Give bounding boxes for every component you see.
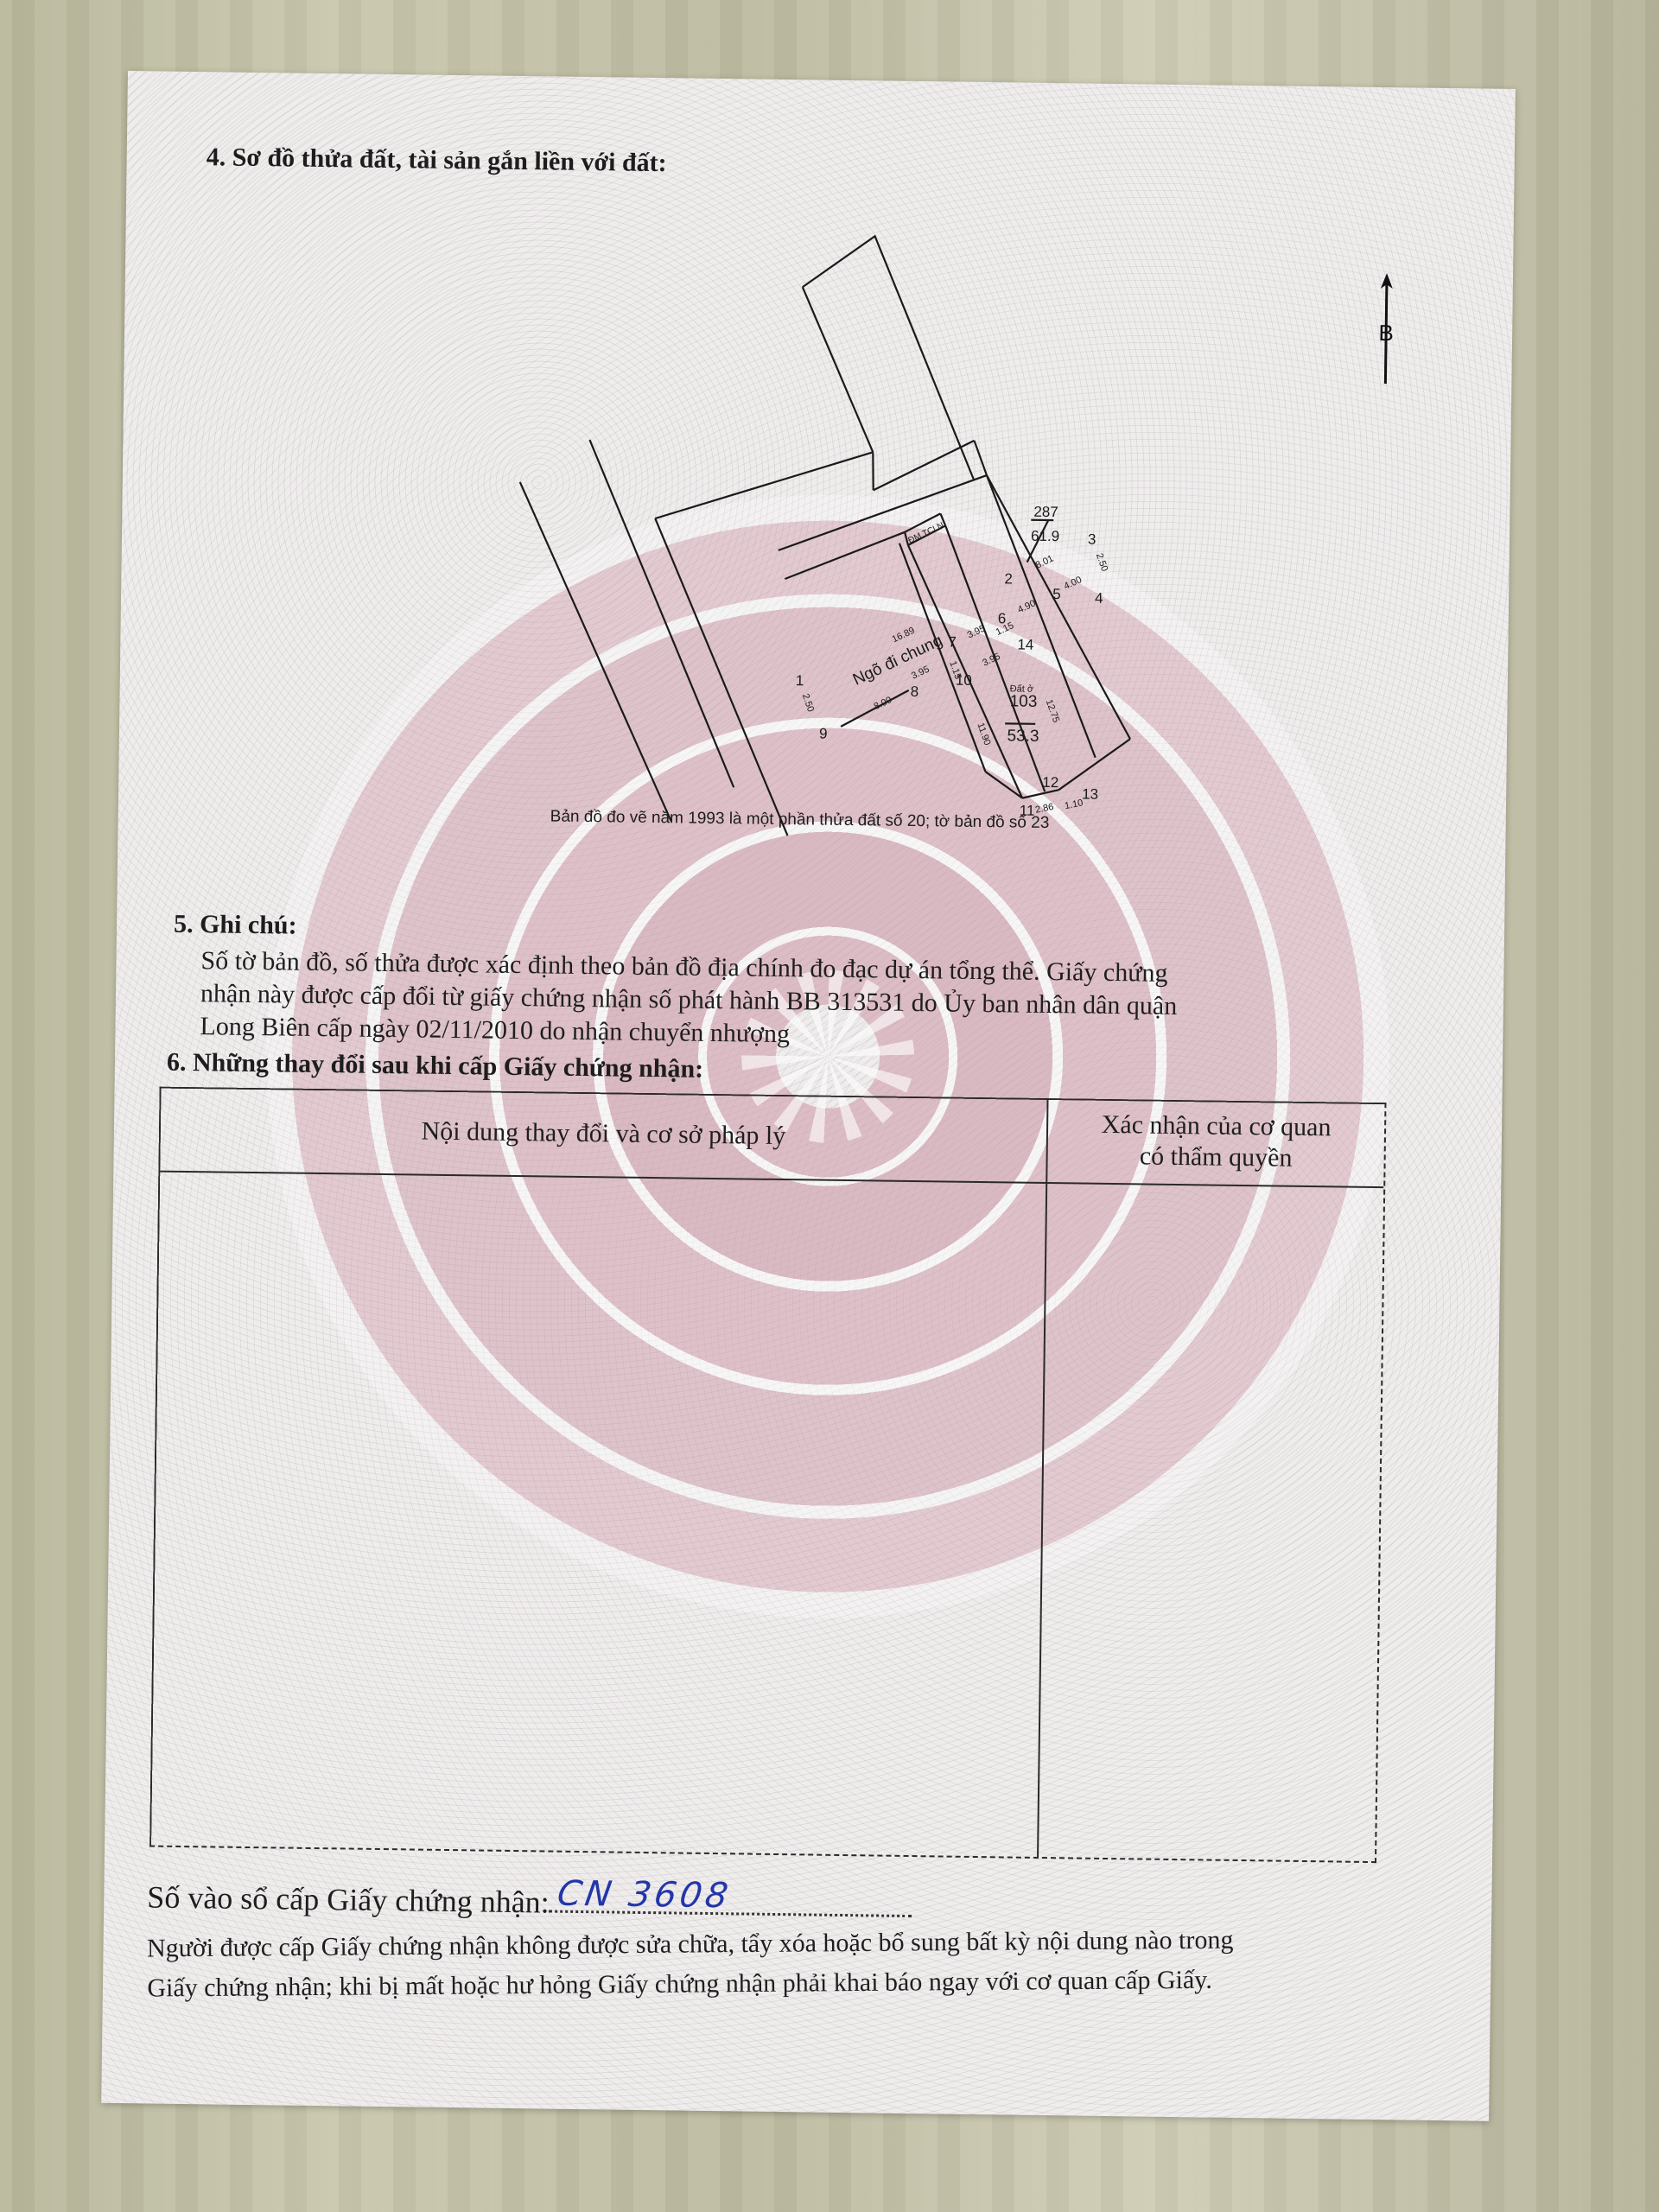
dim-1-2: 16.89 — [891, 626, 917, 645]
neighbor-parcel-number: 287 — [1033, 504, 1058, 520]
vertex-8: 8 — [911, 683, 919, 700]
vertex-1: 1 — [796, 672, 804, 689]
vertex-14: 14 — [1017, 637, 1033, 653]
column-header-confirmation: Xác nhận của cơ quan có thẩm quyền — [1047, 1109, 1384, 1175]
dim-7-8: 3.95 — [910, 664, 931, 682]
register-value-handwritten: CN 3608 — [555, 1874, 734, 1916]
vertex-3: 3 — [1088, 531, 1096, 548]
register-field: CN 3608 — [550, 1888, 912, 1917]
vertex-5: 5 — [1052, 586, 1061, 602]
warning-notice: Người được cấp Giấy chứng nhận không đượ… — [147, 1921, 1234, 2009]
section5-heading: 5. Ghi chú: — [174, 910, 297, 941]
land-type-label: Đất ở — [1010, 683, 1034, 694]
vertex-9: 9 — [819, 726, 828, 742]
dim-2-3: 8.01 — [1034, 554, 1055, 571]
parcel-number: 103 — [1010, 692, 1038, 710]
vertex-4: 4 — [1095, 590, 1103, 607]
vertex-13: 13 — [1082, 786, 1098, 803]
table-column-divider — [1037, 1100, 1048, 1857]
vertex-2: 2 — [1004, 570, 1013, 587]
vertex-12: 12 — [1042, 774, 1058, 791]
dim-9-8: 8.00 — [873, 695, 893, 712]
certificate-sheet: 4. Sơ đồ thửa đất, tài sản gắn liền với … — [101, 71, 1516, 2121]
vertex-7: 7 — [948, 633, 957, 650]
changes-table: Nội dung thay đổi và cơ sở pháp lý Xác n… — [149, 1087, 1386, 1864]
neighbor-parcel-area: 61.9 — [1031, 528, 1059, 544]
corridor-label: ĐM TCLN — [907, 521, 946, 546]
dim-14-12: 12.75 — [1044, 698, 1061, 724]
parcel-area: 53.3 — [1007, 727, 1039, 745]
column-header-confirmation-line-1: Xác nhận của cơ quan — [1048, 1109, 1384, 1144]
dim-12-13: 1.10 — [1064, 798, 1084, 811]
column-header-confirmation-line-2: có thẩm quyền — [1047, 1140, 1383, 1175]
dim-1-9: 2.50 — [800, 692, 816, 713]
register-label: Số vào sổ cấp Giấy chứng nhận: — [147, 1879, 550, 1919]
dim-3-4: 2.50 — [1094, 552, 1109, 573]
dim-4-5: 4.00 — [1062, 575, 1083, 592]
